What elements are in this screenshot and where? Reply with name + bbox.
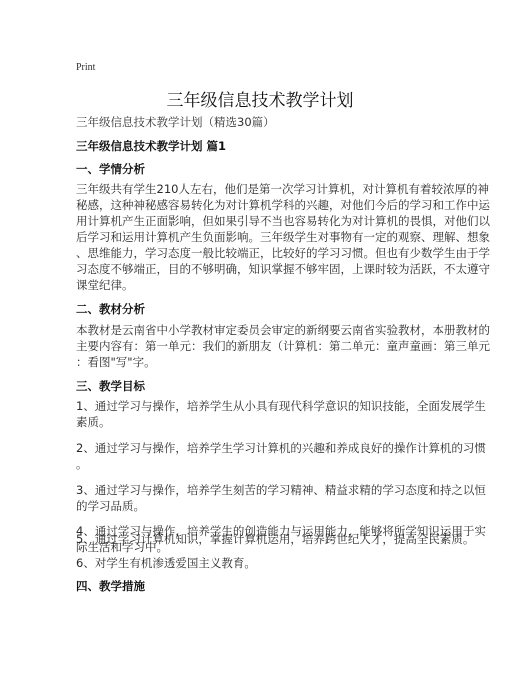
goal-item-5: 5、通过学习计算机知识，掌握计算机运用，培养跨世纪人才，提高全民素质。	[76, 531, 474, 547]
section-heading-4: 四、教学措施	[76, 578, 145, 594]
paragraph-line: 6、对学生有机渗透爱国主义教育。	[76, 555, 256, 571]
document-subtitle: 三年级信息技术教学计划（精选30篇）	[76, 114, 275, 130]
document-page: Print 三年级信息技术教学计划 三年级信息技术教学计划（精选30篇） 三年级…	[0, 0, 520, 673]
goal-item-2: 2、通过学习与操作，培养学生学习计算机的兴趣和养成良好的操作计算机的习惯 。	[76, 440, 486, 472]
paragraph-line: 本教材是云南省中小学教材审定委员会审定的新纲要云南省实验教材，本册教材的	[76, 322, 490, 338]
paragraph-line: 、思维能力，学习态度一般比较端正，比较好的学习习惯。但也有少数学生由于学	[76, 245, 490, 261]
document-title: 三年级信息技术教学计划	[0, 86, 520, 111]
paragraph-line: 用计算机产生正面影响，但如果引导不当也容易转化为对计算机的畏惧，对他们以	[76, 213, 490, 229]
paragraph-line: 习态度不够端正，目的不够明确，知识掌握不够牢固，上课时较为活跃，不太遵守	[76, 261, 490, 277]
paragraph-line: 主要内容有：第一单元：我们的新朋友（计算机：第二单元：童声童画：第三单元	[76, 338, 490, 354]
paragraph-line: 1、通过学习与操作，培养学生从小具有现代科学意识的知识技能，全面发展学生	[76, 398, 486, 414]
section-1-paragraph: 三年级共有学生210人左右，他们是第一次学习计算机，对计算机有着较浓厚的神 秘感…	[76, 181, 490, 293]
section-heading-2: 二、教材分析	[76, 301, 145, 317]
goal-item-3: 3、通过学习与操作，培养学生刻苦的学习精神、精益求精的学习态度和持之以恒 的学习…	[76, 482, 486, 514]
paragraph-line: 。	[76, 456, 486, 472]
paragraph-line: 素质。	[76, 414, 486, 430]
paragraph-line: 5、通过学习计算机知识，掌握计算机运用，培养跨世纪人才，提高全民素质。	[76, 531, 474, 547]
print-link[interactable]: Print	[76, 62, 95, 73]
section-heading-3: 三、教学目标	[76, 378, 145, 394]
paragraph-line: 三年级共有学生210人左右，他们是第一次学习计算机，对计算机有着较浓厚的神	[76, 181, 490, 197]
paragraph-line: ：看图"写"字。	[76, 354, 490, 370]
section-2-paragraph: 本教材是云南省中小学教材审定委员会审定的新纲要云南省实验教材，本册教材的 主要内…	[76, 322, 490, 370]
paragraph-line: 2、通过学习与操作，培养学生学习计算机的兴趣和养成良好的操作计算机的习惯	[76, 440, 486, 456]
paragraph-line: 课堂纪律。	[76, 277, 490, 293]
section-heading-1: 一、学情分析	[76, 161, 145, 177]
paragraph-line: 后学习和运用计算机产生负面影响。三年级学生对事物有一定的观察、理解、想象	[76, 229, 490, 245]
paragraph-line: 3、通过学习与操作，培养学生刻苦的学习精神、精益求精的学习态度和持之以恒	[76, 482, 486, 498]
goal-item-6: 6、对学生有机渗透爱国主义教育。	[76, 555, 256, 571]
goal-item-1: 1、通过学习与操作，培养学生从小具有现代科学意识的知识技能，全面发展学生 素质。	[76, 398, 486, 430]
paragraph-line: 的学习品质。	[76, 498, 486, 514]
article-heading: 三年级信息技术教学计划 篇1	[76, 138, 226, 154]
paragraph-line: 秘感，这种神秘感容易转化为对计算机学科的兴趣，对他们今后的学习和工作中运	[76, 197, 490, 213]
